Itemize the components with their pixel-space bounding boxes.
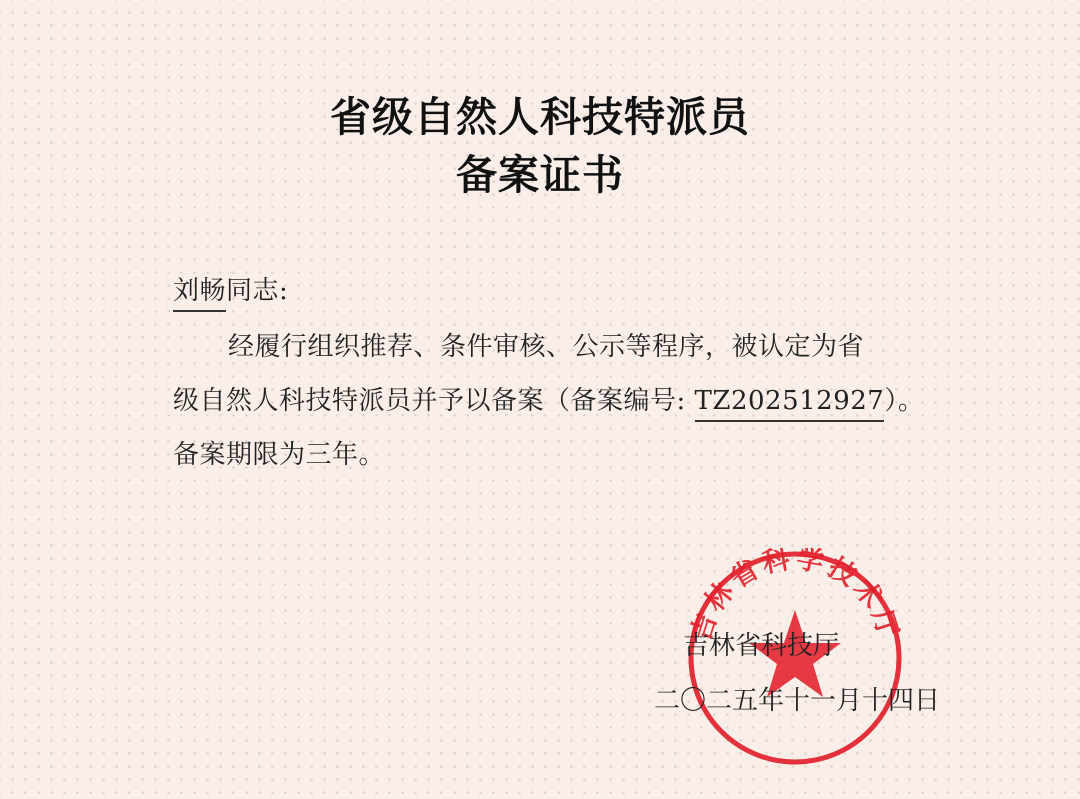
salutation: 刘畅同志:	[173, 270, 288, 307]
body-line-1: 经履行组织推荐、条件审核、公示等程序，被认定为省	[228, 326, 864, 363]
body-line-2-suffix: ）。	[884, 386, 924, 416]
issue-date: 二〇二五年十一月十四日	[654, 680, 940, 717]
salutation-suffix: 同志:	[226, 276, 288, 306]
recipient-name: 刘畅	[173, 276, 226, 312]
issuer: 吉林省科技厅	[683, 625, 839, 662]
body-line-3: 备案期限为三年。	[173, 434, 385, 471]
body-line-2-prefix: 级自然人科技特派员并予以备案（备案编号:	[173, 386, 686, 416]
certificate-title: 省级自然人科技特派员	[0, 84, 1080, 143]
certificate-subtitle: 备案证书	[0, 142, 1080, 201]
body-line-2: 级自然人科技特派员并予以备案（备案编号: TZ202512927）。	[173, 380, 924, 417]
record-number: TZ202512927	[695, 386, 885, 422]
